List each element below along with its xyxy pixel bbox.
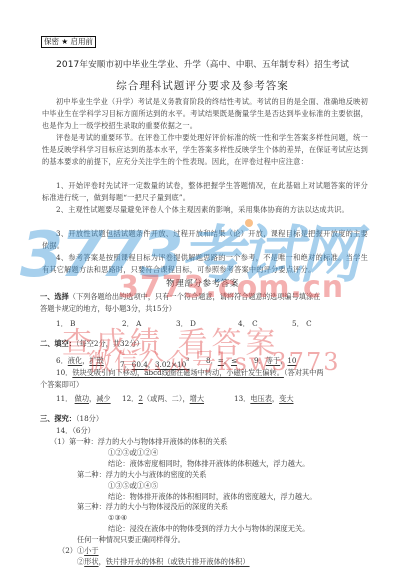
physics-section-title: 物理部分参考答案 [0,277,405,289]
choice-instruction: （下列各题给出的选项中，只有一个符合题意，请将符合题意的选项编号填涂在 [69,292,321,301]
document-page: 保密 ★ 启用前 2017年安顺市初中毕业生学业、升学（高中、中职、五年制专科）… [0,0,405,577]
inquiry-heading-label: 三、探究： [40,414,76,423]
answer-q11: 11． 做功，减少 [56,393,111,404]
choice-answer-1: 1． B [56,318,75,329]
choice-heading: 一、选择（下列各题给出的选项中，只有一个符合题意，请将符合题意的选项编号填涂在 [40,291,320,302]
answer-q13: 13．电压表，变大 [234,393,294,404]
scoring-note: 任何一种情况只要正确同样得分。 [77,534,185,545]
answer-q10: 10．铁块受吸引向下移动，abcd线圈在磁场中转动，小磁针发生偏转。（答对其中两 [56,367,323,378]
case-3-conclusion: 结论：浸没在液体中的物体受到的浮力大小与物体的深度无关。 [108,523,309,534]
guideline-item-2: 2、主观性试题要尽量避免评卷人个体主观因素的影响，采用集体协商的方法以达成共识。 [42,204,368,216]
case-2-relation: 第二种：浮力的大小与液体的密度的关系 [77,469,206,480]
case-1-steps: ①②③或①②④ [108,447,158,458]
watermark-logo-dot [245,219,253,227]
answer-q8: 8．=，≤ [206,355,237,366]
guideline-item-3: 3、开放性试题包括试题条件开放、过程开放和结果（论）开放，课程目标是把握开放度的… [42,228,368,252]
intro-paragraph-2: 评卷是考试的重要环节。在评卷工作中要处理好评价标准的统一性和学生答案多样性问题，… [42,132,368,168]
choice-answer-4: 4． C [238,318,258,329]
part2-answer-2: ②形状，铁片排开水的体积（或铁片排开液体的体积） [77,556,250,567]
choice-heading-label: 一、选择 [40,292,69,301]
guideline-item-1: 1、开始评卷时先试评一定数量的试卷，整体把握学生答题情况，在此基础上对试题答案的… [42,180,368,204]
part2-answer-1: （2）①小于 [58,545,99,556]
exam-year: 2017 [56,60,79,70]
fill-blank-heading-label: 二、填空： [40,339,76,348]
case-1-conclusion: 结论：液体密度相同时，物体排开液体的体积越大，浮力越大。 [108,458,309,469]
q14-label: 14．（6分） [56,425,95,436]
exam-title: 2017年安顺市初中毕业生学业、升学（高中、中职、五年制专科）招生考试 [0,58,405,70]
document-title: 综合理科试题评分要求及参考答案 [0,78,405,93]
inquiry-points: （18分） [76,414,103,423]
answer-q10-note: 个答案即可） [40,379,83,390]
choice-answer-2: 2． A [122,318,141,329]
case-1-relation: （1）第一种：浮力的大小与物体排开液体的体积的关系 [50,436,227,447]
exam-title-text: 年安顺市初中毕业生学业、升学（高中、中职、五年制专科）招生考试 [79,60,349,70]
choice-answer-3: 3． D [176,318,196,329]
fill-blank-points: （每空2分，共32分） [76,339,144,348]
fill-blank-heading: 二、填空：（每空2分，共32分） [40,338,144,349]
case-3-relation: 第三种：浮力的大小与物体浸没后的深度的关系 [77,501,228,512]
case-2-steps: ①③⑤或①④⑤ [108,480,158,491]
answer-q9: 9．等于，10 [254,355,297,366]
answer-q6: 6．液化，扩散 [56,355,104,366]
intro-paragraph-1: 初中毕业生学业（升学）考试是义务教育阶段的终结性考试。考试的目的是全面、准确地反… [42,96,368,132]
case-3-steps: ①③④ [108,512,127,523]
confidential-label: 保密 ★ 启用前 [41,36,96,48]
choice-instruction-line2: 答题卡规定的地方，每小题3分，共15分） [40,303,176,314]
guideline-item-4: 4、参考答案是按照课程目标为评卷提供解题思路的一个参考，不是唯一和绝对的标准。当… [42,252,368,276]
choice-answer-5: 5． C [292,318,312,329]
answer-q12: 12．2（或两、二），增大 [122,393,204,404]
inquiry-heading: 三、探究：（18分） [40,413,103,424]
